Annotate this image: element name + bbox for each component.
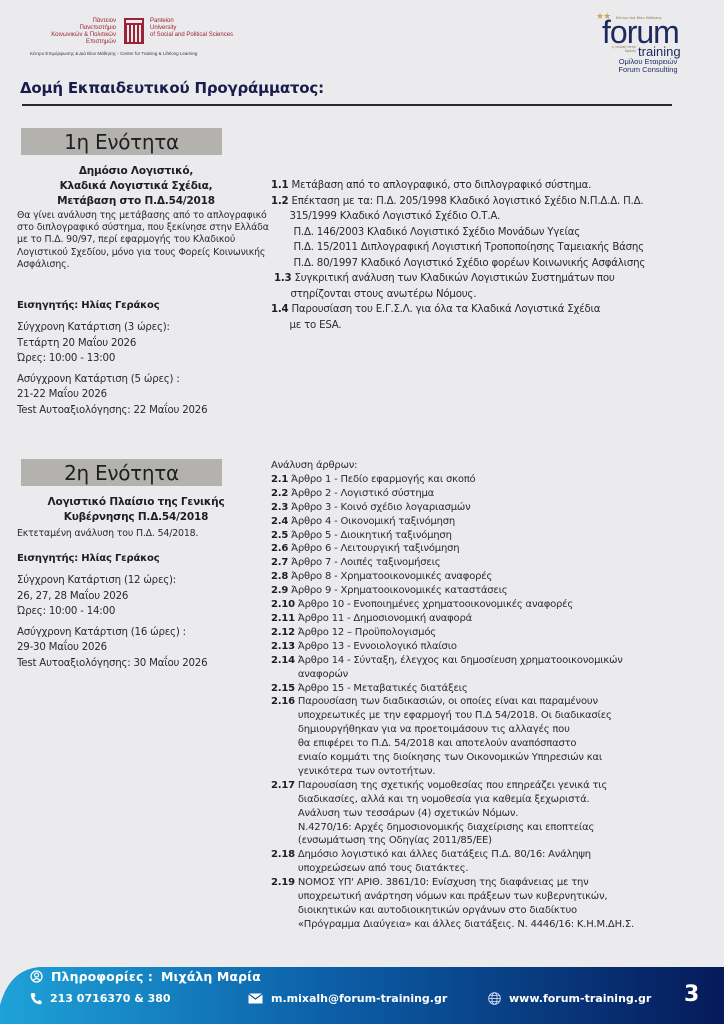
page-title: Δομή Εκπαιδευτικού Προγράμματος: [20,79,324,97]
phone-contact[interactable]: 213 0716370 & 380 [30,992,171,1005]
panteion-logo: Πάντειον Πανεπιστήμιο Κοινωνικών & Πολιτ… [30,16,240,64]
email-link[interactable]: m.mixalh@forum-training.gr [271,992,447,1005]
panteion-english-name: Panteion University of Social and Politi… [150,18,233,39]
topic-item: 2.3Άρθρο 3 - Κοινό σχέδιο λογαριασμών [271,501,711,515]
heading-line: Μετάβαση στο Π.Δ.54/2018 [14,194,258,209]
topic-item: 2.14Άρθρο 14 - Σύνταξη, έλεγχος και δημο… [271,654,711,682]
topic-item: 2.10Άρθρο 10 - Ενοποιημένες χρηματοοικον… [271,598,711,612]
topic-text: Συγκριτική ανάλυση των Κλαδικών Λογιστικ… [294,271,711,302]
phone-icon [30,992,42,1005]
async-dates: 21-22 Μαΐου 2026 [17,387,267,403]
topic-number: 1.3 [274,271,291,302]
heading-line: Λογιστικό Πλαίσιο της Γενικής [14,495,258,510]
topic-text: Άρθρο 14 - Σύνταξη, έλεγχος και δημοσίευ… [298,654,711,682]
topic-item: 2.8Άρθρο 8 - Χρηματοοικονομικές αναφορές [271,570,711,584]
topic-item: 2.5Άρθρο 5 - Διοικητική ταξινόμηση [271,529,711,543]
header: Πάντειον Πανεπιστήμιο Κοινωνικών & Πολιτ… [0,0,724,80]
topic-line: θα επιφέρει το Π.Δ. 54/2018 και αποτελού… [298,737,711,751]
topic-item: 2.2Άρθρο 2 - Λογιστικό σύστημα [271,487,711,501]
topic-item: 2.4Άρθρο 4 - Οικονομική ταξινόμηση [271,515,711,529]
section-2-speaker: Εισηγητής: Ηλίας Γεράκος [17,553,159,564]
topic-item: 2.11Άρθρο 11 - Δημοσιονομική αναφορά [271,612,711,626]
topic-line: διαδικασίες, αλλά και τη νομοθεσία για κ… [298,793,711,807]
website-contact[interactable]: www.forum-training.gr [488,992,651,1005]
sync-label: Σύγχρονη Κατάρτιση (3 ώρες): [17,320,267,336]
mail-icon [248,993,263,1004]
topic-line: Άρθρο 8 - Χρηματοοικονομικές αναφορές [291,570,711,584]
topic-item: 1.2 Επέκταση με τα: Π.Δ. 205/1998 Κλαδικ… [271,194,711,272]
topic-item: 2.18Δημόσιο λογιστικό και άλλες διατάξει… [271,848,711,876]
async-label: Ασύγχρονη Κατάρτιση (5 ώρες) : [17,372,267,388]
topic-number: 1.2 [271,194,288,272]
topic-item: 1.1 Μετάβαση από το απλογραφικό, στο διπ… [271,178,711,194]
website-link[interactable]: www.forum-training.gr [509,992,651,1005]
panteion-greek-line: Πανεπιστήμιο [30,25,116,32]
section-2-heading: Λογιστικό Πλαίσιο της Γενικής Κυβέρνησης… [14,495,258,525]
section-2-schedule: Σύγχρονη Κατάρτιση (12 ώρες): 26, 27, 28… [17,573,267,671]
topic-text: Άρθρο 2 - Λογιστικό σύστημα [291,487,711,501]
topic-item: 1.3 Συγκριτική ανάλυση των Κλαδικών Λογι… [274,271,711,302]
topic-number: 2.2 [271,487,288,501]
section-1-badge: 1η Ενότητα [21,128,222,155]
topic-line: Άρθρο 13 - Εννοιολογικό πλαίσιο [298,640,711,654]
topic-line: ΝΟΜΟΣ ΥΠ' ΑΡΙΘ. 3861/10: Ενίσχυση της δι… [298,876,711,890]
topic-text: Άρθρο 3 - Κοινό σχέδιο λογαριασμών [291,501,711,515]
topic-line: υποχρεώσεων από τους διατάκτες. [298,862,711,876]
topic-number: 2.18 [271,848,295,876]
topic-number: 2.6 [271,542,288,556]
page-number: 3 [684,982,699,1007]
topic-line: Άρθρο 1 - Πεδίο εφαρμογής και σκοπό [291,473,711,487]
topic-number: 2.10 [271,598,295,612]
topic-number: 2.3 [271,501,288,515]
section-1-speaker: Εισηγητής: Ηλίας Γεράκος [17,300,159,311]
panteion-tagline: Κέντρο Επιμόρφωσης & Διά Βίου Μάθησης - … [30,51,270,56]
topic-line: Άρθρο 15 - Μεταβατικές διατάξεις [298,682,711,696]
user-icon [30,970,43,983]
topic-text: Άρθρο 4 - Οικονομική ταξινόμηση [291,515,711,529]
topic-text: Επέκταση με τα: Π.Δ. 205/1998 Κλαδικό λο… [291,194,711,272]
topic-item: 2.7Άρθρο 7 - Λοιπές ταξινομήσεις [271,556,711,570]
topic-line: δημιουργήθηκαν για να προετοιμάσουν τις … [298,723,711,737]
title-divider [22,104,672,106]
panteion-english-line: Panteion [150,18,233,25]
topic-line: Επέκταση με τα: Π.Δ. 205/1998 Κλαδικό λο… [291,194,711,210]
topic-line: 315/1999 Κλαδικό Λογιστικό Σχέδιο Ο.Τ.Α. [289,209,711,225]
globe-icon [488,992,501,1005]
topic-item: 2.9Άρθρο 9 - Χρηματοοικονομικές καταστάσ… [271,584,711,598]
async-label: Ασύγχρονη Κατάρτιση (16 ώρες) : [17,625,267,641]
topic-text: Δημόσιο λογιστικό και άλλες διατάξεις Π.… [298,848,711,876]
topic-line: Άρθρο 11 - Δημοσιονομική αναφορά [298,612,711,626]
topic-line: Δημόσιο λογιστικό και άλλες διατάξεις Π.… [298,848,711,862]
topic-line: υποχρεωτική ανάρτηση νόμων και πράξεων τ… [298,890,711,904]
section-1-description: Θα γίνει ανάλυση της μετάβασης από το απ… [17,210,271,271]
topic-number: 2.14 [271,654,295,682]
forum-group-line: Forum Consulting [612,66,684,74]
panteion-english-line: of Social and Political Sciences [150,32,233,39]
topic-text: Παρουσίαση των διαδικασιών, οι οποίες εί… [298,695,711,778]
topic-line: (ενσωμάτωση της Οδηγίας 2011/85/ΕΕ) [298,834,711,848]
topic-item: 2.19ΝΟΜΟΣ ΥΠ' ΑΡΙΘ. 3861/10: Ενίσχυση τη… [271,876,711,932]
sync-hours: Ώρες: 10:00 - 14:00 [17,604,267,620]
topic-number: 1.1 [271,178,288,194]
topic-line: Παρουσίαση της σχετικής νομοθεσίας που ε… [298,779,711,793]
topic-line: Π.Δ. 80/1997 Κλαδικό Λογιστικό Σχέδιο φο… [293,256,711,272]
topic-text: Άρθρο 6 - Λειτουργική ταξινόμηση [291,542,711,556]
panteion-greek-line: Πάντειον [30,18,116,25]
sync-date: 26, 27, 28 Μαΐου 2026 [17,589,267,605]
info-contact: Πληροφορίες : Μιχάλη Μαρία [30,969,261,984]
topic-line: γενικότερα των οντοτήτων. [298,765,711,779]
sync-date: Τετάρτη 20 Μαΐου 2026 [17,336,267,352]
topic-text: Άρθρο 9 - Χρηματοοικονομικές καταστάσεις [291,584,711,598]
section-2-topic-list: 2.1Άρθρο 1 - Πεδίο εφαρμογής και σκοπό2.… [271,473,711,932]
topic-item: 2.12Άρθρο 12 – Προϋπολογισμός [271,626,711,640]
topic-text: Άρθρο 8 - Χρηματοοικονομικές αναφορές [291,570,711,584]
footer-contact-bar: Πληροφορίες : Μιχάλη Μαρία 213 0716370 &… [0,965,724,1024]
topic-item: 2.1Άρθρο 1 - Πεδίο εφαρμογής και σκοπό [271,473,711,487]
heading-line: Κλαδικά Λογιστικά Σχέδια, [14,179,258,194]
async-dates: 29-30 Μαΐου 2026 [17,640,267,656]
panteion-greek-line: Κοινωνικών & Πολιτικών Επιστημών [30,32,116,46]
topic-number: 2.15 [271,682,295,696]
topic-line: Άρθρο 12 – Προϋπολογισμός [298,626,711,640]
panteion-crest-icon [122,16,146,46]
heading-line: Δημόσιο Λογιστικό, [14,164,258,179]
topic-item: 2.15Άρθρο 15 - Μεταβατικές διατάξεις [271,682,711,696]
section-2-description: Εκτεταμένη ανάλυση του Π.Δ. 54/2018. [17,528,265,540]
topic-text: Άρθρο 12 – Προϋπολογισμός [298,626,711,640]
forum-group-name: Ομίλου Εταιρειών Forum Consulting [612,58,684,74]
topic-number: 2.9 [271,584,288,598]
section-1-schedule: Σύγχρονη Κατάρτιση (3 ώρες): Τετάρτη 20 … [17,320,267,418]
topic-text: Άρθρο 5 - Διοικητική ταξινόμηση [291,529,711,543]
topic-item: 2.13Άρθρο 13 - Εννοιολογικό πλαίσιο [271,640,711,654]
topic-line: υποχρεωτικές με την εφαρμογή του Π.Δ 54/… [298,709,711,723]
topic-number: 2.19 [271,876,295,932]
email-contact[interactable]: m.mixalh@forum-training.gr [248,992,447,1005]
articles-intro: Ανάλυση άρθρων: [271,459,711,473]
topic-line: Ν.4270/16: Αρχές δημοσιονομικής διαχείρι… [298,821,711,835]
section-2-topics: Ανάλυση άρθρων: 2.1Άρθρο 1 - Πεδίο εφαρμ… [271,459,711,932]
topic-number: 2.16 [271,695,295,778]
topic-number: 2.13 [271,640,295,654]
topic-item: 2.6Άρθρο 6 - Λειτουργική ταξινόμηση [271,542,711,556]
topic-number: 2.1 [271,473,288,487]
topic-line: διοικητικών και αυτοδιοικητικών οργάνων … [298,904,711,918]
topic-line: με το ESA. [289,318,711,334]
topic-line: Άρθρο 14 - Σύνταξη, έλεγχος και δημοσίευ… [298,654,711,668]
topic-number: 1.4 [271,302,288,333]
topic-line: Άρθρο 4 - Οικονομική ταξινόμηση [291,515,711,529]
topic-line: Άρθρο 5 - Διοικητική ταξινόμηση [291,529,711,543]
topic-line: Άρθρο 6 - Λειτουργική ταξινόμηση [291,542,711,556]
topic-text: Παρουσίαση της σχετικής νομοθεσίας που ε… [298,779,711,849]
panteion-greek-name: Πάντειον Πανεπιστήμιο Κοινωνικών & Πολιτ… [30,18,116,46]
topic-number: 2.8 [271,570,288,584]
topic-number: 2.12 [271,626,295,640]
forum-sub-tagline: η γνώση στην δράση [608,45,636,53]
topic-line: ενιαίο κομμάτι της διοίκησης των Οικονομ… [298,751,711,765]
test-date: Test Αυτοαξιολόγησης: 30 Μαΐου 2026 [17,656,267,672]
topic-number: 2.5 [271,529,288,543]
topic-number: 2.4 [271,515,288,529]
topic-line: «Πρόγραμμα Διαύγεια» και άλλες διατάξεις… [298,918,711,932]
topic-line: Άρθρο 7 - Λοιπές ταξινομήσεις [291,556,711,570]
section-2-badge: 2η Ενότητα [21,459,222,486]
topic-text: ΝΟΜΟΣ ΥΠ' ΑΡΙΘ. 3861/10: Ενίσχυση της δι… [298,876,711,932]
topic-number: 2.11 [271,612,295,626]
topic-line: Άρθρο 10 - Ενοποιημένες χρηματοοικονομικ… [298,598,711,612]
topic-line: Άρθρο 3 - Κοινό σχέδιο λογαριασμών [291,501,711,515]
topic-item: 2.17Παρουσίαση της σχετικής νομοθεσίας π… [271,779,711,849]
topic-text: Άρθρο 13 - Εννοιολογικό πλαίσιο [298,640,711,654]
info-label: Πληροφορίες : [51,969,153,984]
sync-hours: Ώρες: 10:00 - 13:00 [17,351,267,367]
section-1-heading: Δημόσιο Λογιστικό, Κλαδικά Λογιστικά Σχέ… [14,164,258,209]
topic-text: Παρουσίαση του Ε.Γ.Σ.Λ. για όλα τα Κλαδι… [291,302,711,333]
test-date: Test Αυτοαξιολόγησης: 22 Μαΐου 2026 [17,403,267,419]
heading-line: Κυβέρνησης Π.Δ.54/2018 [14,510,258,525]
sync-label: Σύγχρονη Κατάρτιση (12 ώρες): [17,573,267,589]
topic-text: Άρθρο 10 - Ενοποιημένες χρηματοοικονομικ… [298,598,711,612]
phone-number[interactable]: 213 0716370 & 380 [50,992,171,1005]
topic-text: Μετάβαση από το απλογραφικό, στο διπλογρ… [291,178,711,194]
topic-item: 1.4 Παρουσίαση του Ε.Γ.Σ.Λ. για όλα τα Κ… [271,302,711,333]
forum-training-logo: ★★ Κέντρο Διά Βίου Μάθησης forum η γνώση… [596,12,686,78]
topic-line: στηρίζονται στους ανωτέρω Νόμους. [290,287,711,303]
topic-line: Ανάλυση των τεσσάρων (4) σχετικών Νόμων. [298,807,711,821]
topic-line: Άρθρο 2 - Λογιστικό σύστημα [291,487,711,501]
topic-number: 2.17 [271,779,295,849]
topic-item: 2.16Παρουσίαση των διαδικασιών, οι οποίε… [271,695,711,778]
topic-line: αναφορών [298,668,711,682]
section-1-topics: 1.1 Μετάβαση από το απλογραφικό, στο διπ… [271,178,711,333]
topic-text: Άρθρο 11 - Δημοσιονομική αναφορά [298,612,711,626]
topic-line: Παρουσίαση του Ε.Γ.Σ.Λ. για όλα τα Κλαδι… [291,302,711,318]
contact-name: Μιχάλη Μαρία [161,969,261,984]
topic-text: Άρθρο 15 - Μεταβατικές διατάξεις [298,682,711,696]
topic-line: Άρθρο 9 - Χρηματοοικονομικές καταστάσεις [291,584,711,598]
topic-line: Παρουσίαση των διαδικασιών, οι οποίες εί… [298,695,711,709]
topic-line: Συγκριτική ανάλυση των Κλαδικών Λογιστικ… [294,271,711,287]
panteion-english-line: University [150,25,233,32]
topic-number: 2.7 [271,556,288,570]
topic-line: Π.Δ. 15/2011 Διπλογραφική Λογιστική Τροπ… [293,240,711,256]
topic-text: Άρθρο 1 - Πεδίο εφαρμογής και σκοπό [291,473,711,487]
topic-line: Π.Δ. 146/2003 Κλαδικό Λογιστικό Σχέδιο Μ… [293,225,711,241]
topic-text: Άρθρο 7 - Λοιπές ταξινομήσεις [291,556,711,570]
